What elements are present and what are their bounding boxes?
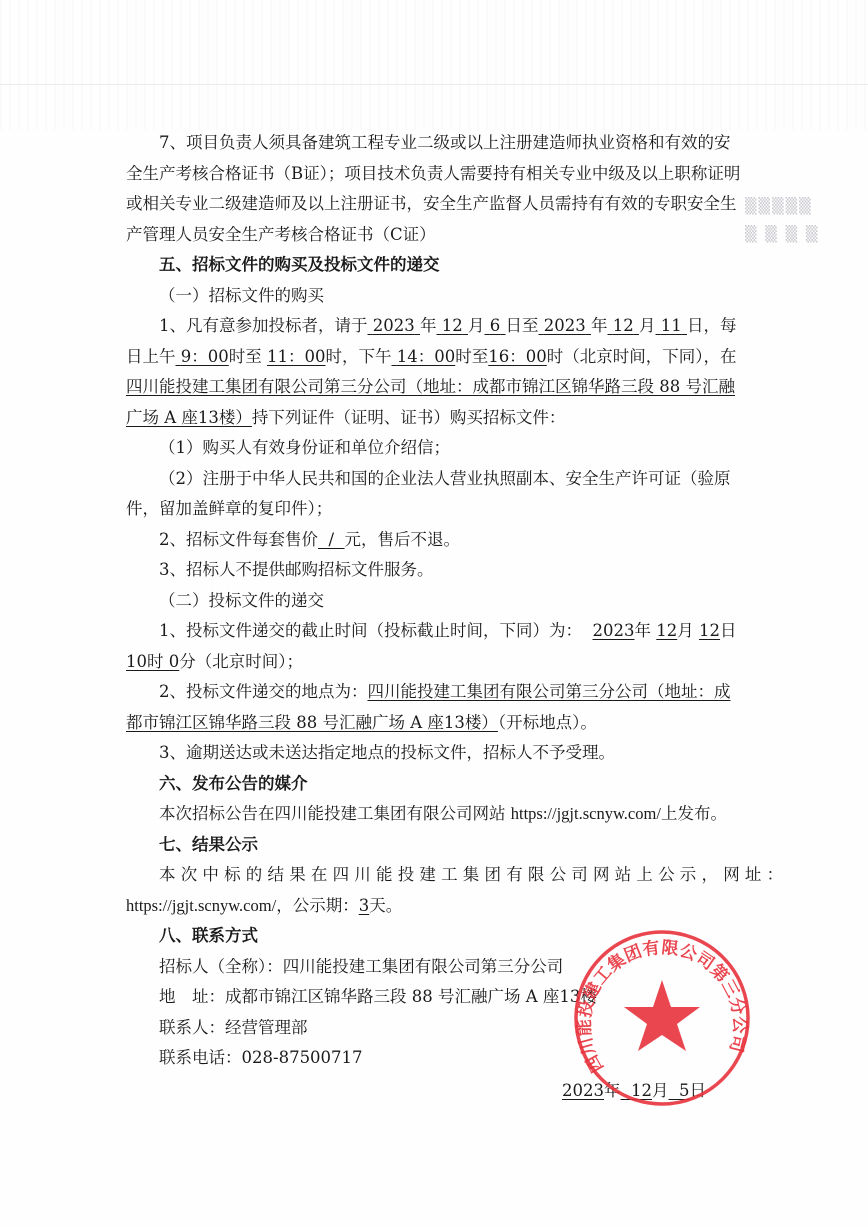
deadline-year: 2023 bbox=[593, 621, 635, 640]
result-line2: https://jgjt.scnyw.com/，公示期：3天。 bbox=[126, 891, 752, 922]
text: 1、投标文件递交的截止时间（投标截止时间，下同）为： bbox=[159, 621, 582, 640]
deadline-month: 12 bbox=[656, 621, 677, 640]
sub1-heading: （一）招标文件的购买 bbox=[126, 281, 752, 312]
website-link[interactable]: https://jgjt.scnyw.com/ bbox=[511, 804, 661, 823]
pm-start: 14：00 bbox=[392, 347, 456, 366]
purchase-period-line2: 日上午 9：00时至 11：00时，下午 14：00时至16：00时（北京时间，… bbox=[126, 342, 752, 373]
text: 时至 bbox=[455, 347, 488, 366]
result-line1: 本次中标的结果在四川能投建工集团有限公司网站上公示，网址： bbox=[126, 860, 752, 891]
scan-noise bbox=[0, 0, 868, 130]
text: 持下列证件（证明、证书）购买招标文件： bbox=[252, 408, 566, 427]
document-page: ▒▒▒▒▒▒ ▒ ▒ ▒ 7、项目负责人须具备建筑工程专业二级或以上注册建造师执… bbox=[0, 0, 868, 1227]
deadline-line1: 1、投标文件递交的截止时间（投标截止时间，下同）为： 2023年 12月 12日 bbox=[126, 616, 752, 647]
pm-end: 16：00 bbox=[488, 347, 547, 366]
doc-req-2-cont: 件，留加盖鲜章的复印件）； bbox=[126, 494, 752, 525]
text: 日上午 bbox=[126, 347, 176, 366]
text: 本次招标公告在四川能投建工集团有限公司网站 bbox=[159, 804, 506, 823]
text: ，公示期： bbox=[276, 896, 359, 915]
doc-req-2: （2）注册于中华人民共和国的企业法人营业执照副本、安全生产许可证（验原 bbox=[126, 464, 752, 495]
deadline-day: 12 bbox=[699, 621, 720, 640]
delivery-place-line2: 都市锦江区锦华路三段 88 号汇融广场 A 座13楼）（开标地点）。 bbox=[126, 708, 752, 739]
purchase-place-line1: 四川能投建工集团有限公司第三分公司（地址：成都市锦江区锦华路三段 88 号汇融 bbox=[126, 372, 752, 403]
label: 地 址： bbox=[159, 987, 225, 1006]
purchase-place-line2: 广场 A 座13楼）持下列证件（证明、证书）购买招标文件： bbox=[126, 403, 752, 434]
deadline-time: 10时 0 bbox=[126, 652, 179, 671]
am-start: 9：00 bbox=[176, 347, 229, 366]
delivery-place-cont: 都市锦江区锦华路三段 88 号汇融广场 A 座13楼） bbox=[126, 713, 498, 732]
text: 时至 bbox=[229, 347, 262, 366]
text: 上发布。 bbox=[661, 804, 727, 823]
publish-media-line: 本次招标公告在四川能投建工集团有限公司网站 https://jgjt.scnyw… bbox=[126, 799, 752, 830]
item7-line3: 或相关专业二级建造师及以上注册证书，安全生产监督人员需持有有效的专职安全生 bbox=[126, 189, 752, 220]
text: 时，下午 bbox=[326, 347, 392, 366]
start-year: 2023 bbox=[368, 316, 421, 335]
price-line: 2、招标文件每套售价 / 元，售后不退。 bbox=[126, 525, 752, 556]
item7-line1: 7、项目负责人须具备建筑工程专业二级或以上注册建造师执业资格和有效的安 bbox=[126, 128, 752, 159]
label: 联系人： bbox=[159, 1018, 225, 1037]
no-mail-line: 3、招标人不提供邮购招标文件服务。 bbox=[126, 555, 752, 586]
publicity-period: 3 bbox=[359, 896, 370, 915]
text: 日 bbox=[720, 621, 737, 640]
text: 2、招标文件每套售价 bbox=[159, 530, 318, 549]
purchase-place: 四川能投建工集团有限公司第三分公司（地址：成都市锦江区锦华路三段 88 号汇融 bbox=[126, 377, 735, 396]
purchase-period-line1: 1、凡有意参加投标者，请于 2023 年 12 月 6 日至 2023 年 12… bbox=[126, 311, 752, 342]
text: 日至 bbox=[506, 316, 539, 335]
text: 1、凡有意参加投标者，请于 bbox=[159, 316, 368, 335]
company-seal-icon: 四川能投建工集团有限公司第三分公司 bbox=[572, 928, 752, 1108]
text: 年 bbox=[635, 621, 652, 640]
text: 分（北京时间）； bbox=[179, 652, 303, 671]
tenderer-name: 四川能投建工集团有限公司第三分公司 bbox=[283, 957, 564, 976]
label: 招标人（全称）： bbox=[159, 957, 283, 976]
phone-value: 028-87500717 bbox=[242, 1048, 363, 1067]
end-month: 12 bbox=[608, 316, 640, 335]
end-year: 2023 bbox=[539, 316, 592, 335]
price-value: / bbox=[318, 530, 345, 549]
result-website-link[interactable]: https://jgjt.scnyw.com/ bbox=[126, 896, 276, 915]
text: 时（北京时间，下同），在 bbox=[547, 347, 737, 366]
doc-req-1: （1）购买人有效身份证和单位介绍信； bbox=[126, 433, 752, 464]
section6-heading: 六、发布公告的媒介 bbox=[126, 769, 752, 800]
text: 年 bbox=[420, 316, 437, 335]
item7-line2: 全生产考核合格证书（B证）；项目技术负责人需要持有相关专业中级及以上职称证明 bbox=[126, 159, 752, 190]
label: 联系电话： bbox=[159, 1048, 242, 1067]
scan-line bbox=[0, 84, 868, 85]
section7-heading: 七、结果公示 bbox=[126, 830, 752, 861]
purchase-place-cont: 广场 A 座13楼） bbox=[126, 408, 252, 427]
start-day: 6 bbox=[485, 316, 506, 335]
bleed-through-text: ▒▒▒▒▒▒ ▒ ▒ ▒ bbox=[745, 192, 865, 248]
end-day: 11 bbox=[656, 316, 688, 335]
text: 元，售后不退。 bbox=[345, 530, 461, 549]
text: （开标地点）。 bbox=[498, 713, 597, 732]
am-end: 11：00 bbox=[267, 347, 326, 366]
item7-line4: 产管理人员安全生产考核合格证书（C证） bbox=[126, 220, 752, 251]
deadline-line2: 10时 0分（北京时间）； bbox=[126, 647, 752, 678]
text: 2、投标文件递交的地点为： bbox=[159, 682, 368, 701]
text: 年 bbox=[591, 316, 608, 335]
late-delivery-line: 3、逾期送达或未送达指定地点的投标文件，招标人不予受理。 bbox=[126, 738, 752, 769]
section5-heading: 五、招标文件的购买及投标文件的递交 bbox=[126, 250, 752, 281]
text: 月 bbox=[468, 316, 485, 335]
delivery-place-line1: 2、投标文件递交的地点为：四川能投建工集团有限公司第三分公司（地址：成 bbox=[126, 677, 752, 708]
delivery-place: 四川能投建工集团有限公司第三分公司（地址：成 bbox=[368, 682, 731, 701]
address-value: 成都市锦江区锦华路三段 88 号汇融广场 A 座13楼 bbox=[225, 987, 597, 1006]
sub2-heading: （二）投标文件的递交 bbox=[126, 586, 752, 617]
text: 日，每 bbox=[687, 316, 737, 335]
text: 月 bbox=[639, 316, 656, 335]
contact-value: 经营管理部 bbox=[225, 1018, 308, 1037]
text: 月 bbox=[677, 621, 694, 640]
text: 天。 bbox=[369, 896, 402, 915]
start-month: 12 bbox=[437, 316, 469, 335]
